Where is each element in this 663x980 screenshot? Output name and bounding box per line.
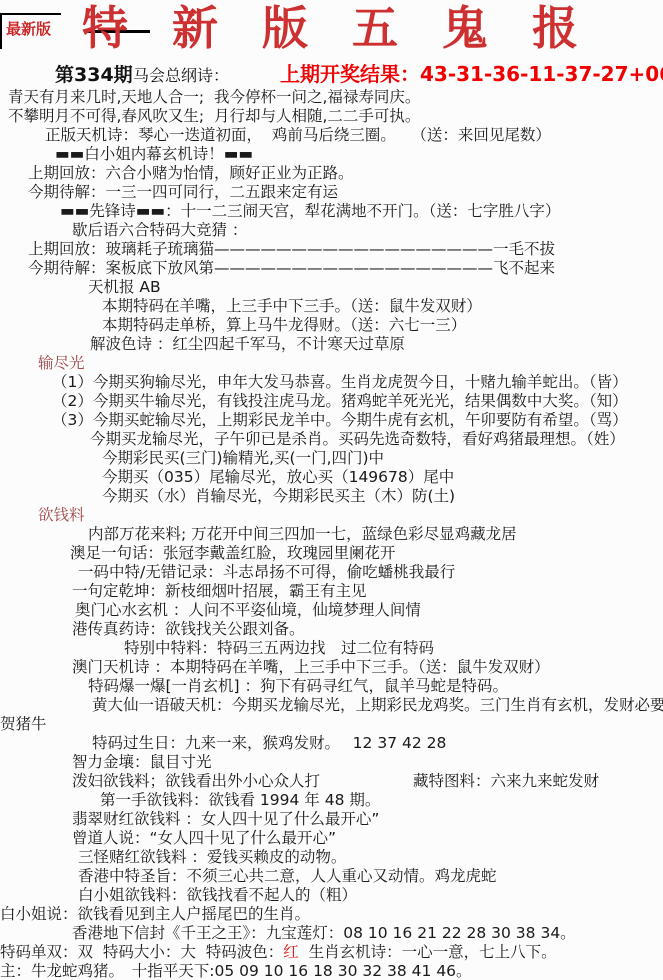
text-segment: 香港地下信封《千王之王》：九宝莲灯：08 10 16 21 22 28 30 3… <box>72 924 576 942</box>
text-segment: 今期买龙输尽光，子午卯已是杀肖。买码先选奇数特，看好鸡猪最理想。（姓） <box>90 430 625 448</box>
text-segment: 白小姐说：欲钱看见到主人户摇尾巴的生肖。 <box>0 905 310 923</box>
text-segment: 特码单双：双 特码大小：大 特码波色： <box>0 943 283 961</box>
text-segment: 一码中特/无错记录：斗志昂扬不可得，偷吃蟠桃我最行 <box>78 563 455 581</box>
text-line: 曾道人说：“女人四十见了什么最开心” <box>0 829 663 848</box>
text-line: 今期待解：案板底下放风第——————————————————飞不起来 <box>0 259 663 278</box>
text-segment: 内部万花来料; 万花开中间三四加一七，蓝绿色彩尽显鸡藏龙居 <box>88 525 517 543</box>
text-segment: 智力金壤：鼠目寸光 <box>72 753 212 771</box>
five-ghost-report-page: 最新版 特 新 版 五 鬼 报 第334期 马会总纲诗： 上期开奖结果：43-3… <box>0 0 663 980</box>
text-segment: 解波色诗 ：红尘四起千军马，不计寒天过草原 <box>90 335 405 353</box>
text-line: 香港地下信封《千王之王》：九宝莲灯：08 10 16 21 22 28 30 3… <box>0 924 663 943</box>
text-segment: 香港中特圣旨：不须三心共二意，人人重心又动情。鸡龙虎蛇 <box>78 867 497 885</box>
text-line: 一码中特/无错记录：斗志昂扬不可得，偷吃蟠桃我最行 <box>0 563 663 582</box>
text-segment: 今期买（水）肖输尽光，今期彩民买主（木）防(土) <box>102 487 455 505</box>
text-segment: ▬▬白小姐内幕玄机诗！▬▬ <box>55 145 253 163</box>
issue-row: 第334期 马会总纲诗： 上期开奖结果：43-31-36-11-37-27+06 <box>0 58 663 86</box>
text-line: 解波色诗 ：红尘四起千军马，不计寒天过草原 <box>0 335 663 354</box>
text-line: 上期回放：玻璃耗子琉璃猫——————————————————一毛不拔 <box>0 240 663 259</box>
text-segment: 奥门心水玄机 ：人问不平姿仙境，仙境梦理人间情 <box>75 601 421 619</box>
issue-number: 第334期 <box>55 60 133 87</box>
text-segment: 一句定乾坤：新枝细烟叶招展，霸王有主见 <box>72 582 367 600</box>
text-segment: 歇后语六合特码大竞猜 ： <box>72 221 247 239</box>
last-draw-result-label: 上期开奖结果： <box>280 62 420 86</box>
text-segment: 第一手欲钱料：欲钱看 1994 年 48 期。 <box>100 791 380 809</box>
text-segment: 白小姐欲钱料：欲钱找看不起人的（粗） <box>78 886 357 904</box>
text-line: 黄大仙一语破天机：今期买龙输尽光，上期彩民龙鸡奖。三门生肖有玄机，发财必要 <box>0 696 663 715</box>
text-line: ▬▬先锋诗▬▬：十一二三闹天宫，犁花满地不开门。（送：七字胜八字） <box>0 202 663 221</box>
text-segment: 特码爆一爆[一肖玄机] ：狗下有码寻红气，鼠羊马蛇是特码。 <box>88 677 508 695</box>
text-segment: 港传真药诗：欲钱找关公跟刘备。 <box>72 620 305 638</box>
text-segment: 欲钱料 <box>38 506 85 524</box>
text-segment: 澳足一句话：张冠李戴盖红脸，玫瑰园里阑花开 <box>70 544 396 562</box>
masthead: 最新版 特 新 版 五 鬼 报 <box>0 0 663 58</box>
section-heading: 欲钱料 <box>0 506 663 525</box>
text-line: 三怪赌红欲钱料 ：爱钱买赖皮的动物。 <box>0 848 663 867</box>
text-line: 一句定乾坤：新枝细烟叶招展，霸王有主见 <box>0 582 663 601</box>
text-segment: 特别中特料：特码三五两边找 过二位有特码 <box>124 639 434 657</box>
text-segment: （1）今期买狗输尽光，申年大发马恭喜。生肖龙虎贺今日，十赌九输羊蛇出。（皆） <box>52 373 628 391</box>
edition-label: 最新版 <box>6 20 51 38</box>
text-segment: 本期特码在羊嘴，上三手中下三手。（送：鼠牛发双财） <box>102 297 482 315</box>
text-line: 上期回放：六合小赌为怡情，顾好正业为正路。 <box>0 164 663 183</box>
text-line: 今期待解：一三一四可同行，二五跟来定有运 <box>0 183 663 202</box>
text-segment: 输尽光 <box>38 354 85 372</box>
text-segment: 今期待解：一三一四可同行，二五跟来定有运 <box>28 183 338 201</box>
text-line: 不攀明月不可得,春风吹又生; 月行却与人相随,二二手可执。 <box>0 107 663 126</box>
text-line: 歇后语六合特码大竞猜 ： <box>0 221 663 240</box>
text-line: （3）今期买蛇输尽光，上期彩民龙羊中。今期牛虎有玄机，午卯要防有希望。（骂） <box>0 411 663 430</box>
text-line: 今期彩民买(三门)输精光,买(一门,四门)中 <box>0 449 663 468</box>
text-segment: 澳门天机诗 ：本期特码在羊嘴，上三手中下三手。（送：鼠牛发双财） <box>72 658 550 676</box>
text-line: （2）今期买牛输尽光，有钱投注虎马龙。猪鸡蛇羊死光光，结果偶数中大奖。（知） <box>0 392 663 411</box>
text-line: 青天有月来几时,天地人合一; 我今停杯一问之,福禄寿同庆。 <box>0 88 663 107</box>
text-line: 贺猪牛 <box>0 715 663 734</box>
text-line: 翡翠财红欲钱料 ：女人四十见了什么最开心” <box>0 810 663 829</box>
text-line: 本期特码在羊嘴，上三手中下三手。（送：鼠牛发双财） <box>0 297 663 316</box>
text-line: 主：牛龙蛇鸡猪。 十指平天下:05 09 10 16 18 30 32 38 4… <box>0 962 663 980</box>
text-line: ▬▬白小姐内幕玄机诗！▬▬ <box>0 145 663 164</box>
text-line: 天机报 AB <box>0 278 663 297</box>
edition-label-box: 最新版 <box>0 13 61 49</box>
text-segment: 黄大仙一语破天机：今期买龙输尽光，上期彩民龙鸡奖。三门生肖有玄机，发财必要 <box>92 696 663 714</box>
text-line: 本期特码走单桥，算上马牛龙得财。（送：六七一三） <box>0 316 663 335</box>
text-line: 澳门天机诗 ：本期特码在羊嘴，上三手中下三手。（送：鼠牛发双财） <box>0 658 663 677</box>
text-line: 泼妇欲钱料；欲钱看出外小心众人打 藏特图料：六来九来蛇发财 <box>0 772 663 791</box>
text-line: （1）今期买狗输尽光，申年大发马恭喜。生肖龙虎贺今日，十赌九输羊蛇出。（皆） <box>0 373 663 392</box>
text-segment: 红 <box>283 943 299 961</box>
text-line: 特别中特料：特码三五两边找 过二位有特码 <box>0 639 663 658</box>
text-segment: 青天有月来几时,天地人合一; 我今停杯一问之,福禄寿同庆。 <box>8 88 420 106</box>
page-title: 特 新 版 五 鬼 报 <box>82 2 592 54</box>
text-segment: 今期彩民买(三门)输精光,买(一门,四门)中 <box>102 449 384 467</box>
text-segment: 上期回放：六合小赌为怡情，顾好正业为正路。 <box>28 164 354 182</box>
text-segment: 上期回放：玻璃耗子琉璃猫——————————————————一毛不拔 <box>28 240 555 258</box>
text-line: 今期买（035）尾输尽光，放心买（149678）尾中 <box>0 468 663 487</box>
text-segment: （2）今期买牛输尽光，有钱投注虎马龙。猪鸡蛇羊死光光，结果偶数中大奖。（知） <box>52 392 628 410</box>
text-line: 今期买（水）肖输尽光，今期彩民买主（木）防(土) <box>0 487 663 506</box>
text-segment: 本期特码走单桥，算上马牛龙得财。（送：六七一三） <box>102 316 466 334</box>
last-draw-result-numbers: 43-31-36-11-37-27+06 <box>420 62 663 86</box>
section-heading: 输尽光 <box>0 354 663 373</box>
poem-label: 马会总纲诗： <box>133 63 229 86</box>
text-line: 特码过生日：九来一来，猴鸡发财。 12 37 42 28 <box>0 734 663 753</box>
text-segment: 主：牛龙蛇鸡猪。 十指平天下:05 09 10 16 18 30 32 38 4… <box>0 962 472 980</box>
text-line: 特码爆一爆[一肖玄机] ：狗下有码寻红气，鼠羊马蛇是特码。 <box>0 677 663 696</box>
text-segment: （3）今期买蛇输尽光，上期彩民龙羊中。今期牛虎有玄机，午卯要防有希望。（骂） <box>52 411 628 429</box>
text-line: 内部万花来料; 万花开中间三四加一七，蓝绿色彩尽显鸡藏龙居 <box>0 525 663 544</box>
text-segment: 翡翠财红欲钱料 ：女人四十见了什么最开心” <box>72 810 379 828</box>
text-line: 港传真药诗：欲钱找关公跟刘备。 <box>0 620 663 639</box>
text-line: 香港中特圣旨：不须三心共二意，人人重心又动情。鸡龙虎蛇 <box>0 867 663 886</box>
text-line: 白小姐欲钱料：欲钱找看不起人的（粗） <box>0 886 663 905</box>
text-segment: 不攀明月不可得,春风吹又生; 月行却与人相随,二二手可执。 <box>8 107 420 125</box>
text-segment: 贺猪牛 <box>0 715 47 733</box>
text-line: 特码单双：双 特码大小：大 特码波色：红 生肖玄机诗：一心一意，七上八下。 <box>0 943 663 962</box>
text-segment: 生肖玄机诗：一心一意，七上八下。 <box>299 943 557 961</box>
text-segment: 正版天机诗：琴心一迭道初面， 鸡前马后绕三圈。 （送：来回见尾数） <box>45 126 551 144</box>
text-line: 奥门心水玄机 ：人问不平姿仙境，仙境梦理人间情 <box>0 601 663 620</box>
text-line: 白小姐说：欲钱看见到主人户摇尾巴的生肖。 <box>0 905 663 924</box>
text-line: 今期买龙输尽光，子午卯已是杀肖。买码先选奇数特，看好鸡猪最理想。（姓） <box>0 430 663 449</box>
text-line: 澳足一句话：张冠李戴盖红脸，玫瑰园里阑花开 <box>0 544 663 563</box>
text-segment: 曾道人说：“女人四十见了什么最开心” <box>72 829 336 847</box>
text-segment: 三怪赌红欲钱料 ：爱钱买赖皮的动物。 <box>78 848 346 866</box>
text-segment: 泼妇欲钱料；欲钱看出外小心众人打 藏特图料：六来九来蛇发财 <box>72 772 599 790</box>
last-draw-result: 上期开奖结果：43-31-36-11-37-27+06 <box>280 58 663 87</box>
text-segment: 天机报 AB <box>88 278 161 296</box>
text-segment: 特码过生日：九来一来，猴鸡发财。 12 37 42 28 <box>92 734 446 752</box>
text-segment: 今期待解：案板底下放风第——————————————————飞不起来 <box>28 259 555 277</box>
text-line: 正版天机诗：琴心一迭道初面， 鸡前马后绕三圈。 （送：来回见尾数） <box>0 126 663 145</box>
text-line: 智力金壤：鼠目寸光 <box>0 753 663 772</box>
text-segment: 今期买（035）尾输尽光，放心买（149678）尾中 <box>102 468 454 486</box>
text-segment: ▬▬先锋诗▬▬：十一二三闹天宫，犁花满地不开门。（送：七字胜八字） <box>60 202 560 220</box>
text-line: 第一手欲钱料：欲钱看 1994 年 48 期。 <box>0 791 663 810</box>
body-lines: 青天有月来几时,天地人合一; 我今停杯一问之,福禄寿同庆。不攀明月不可得,春风吹… <box>0 86 663 980</box>
